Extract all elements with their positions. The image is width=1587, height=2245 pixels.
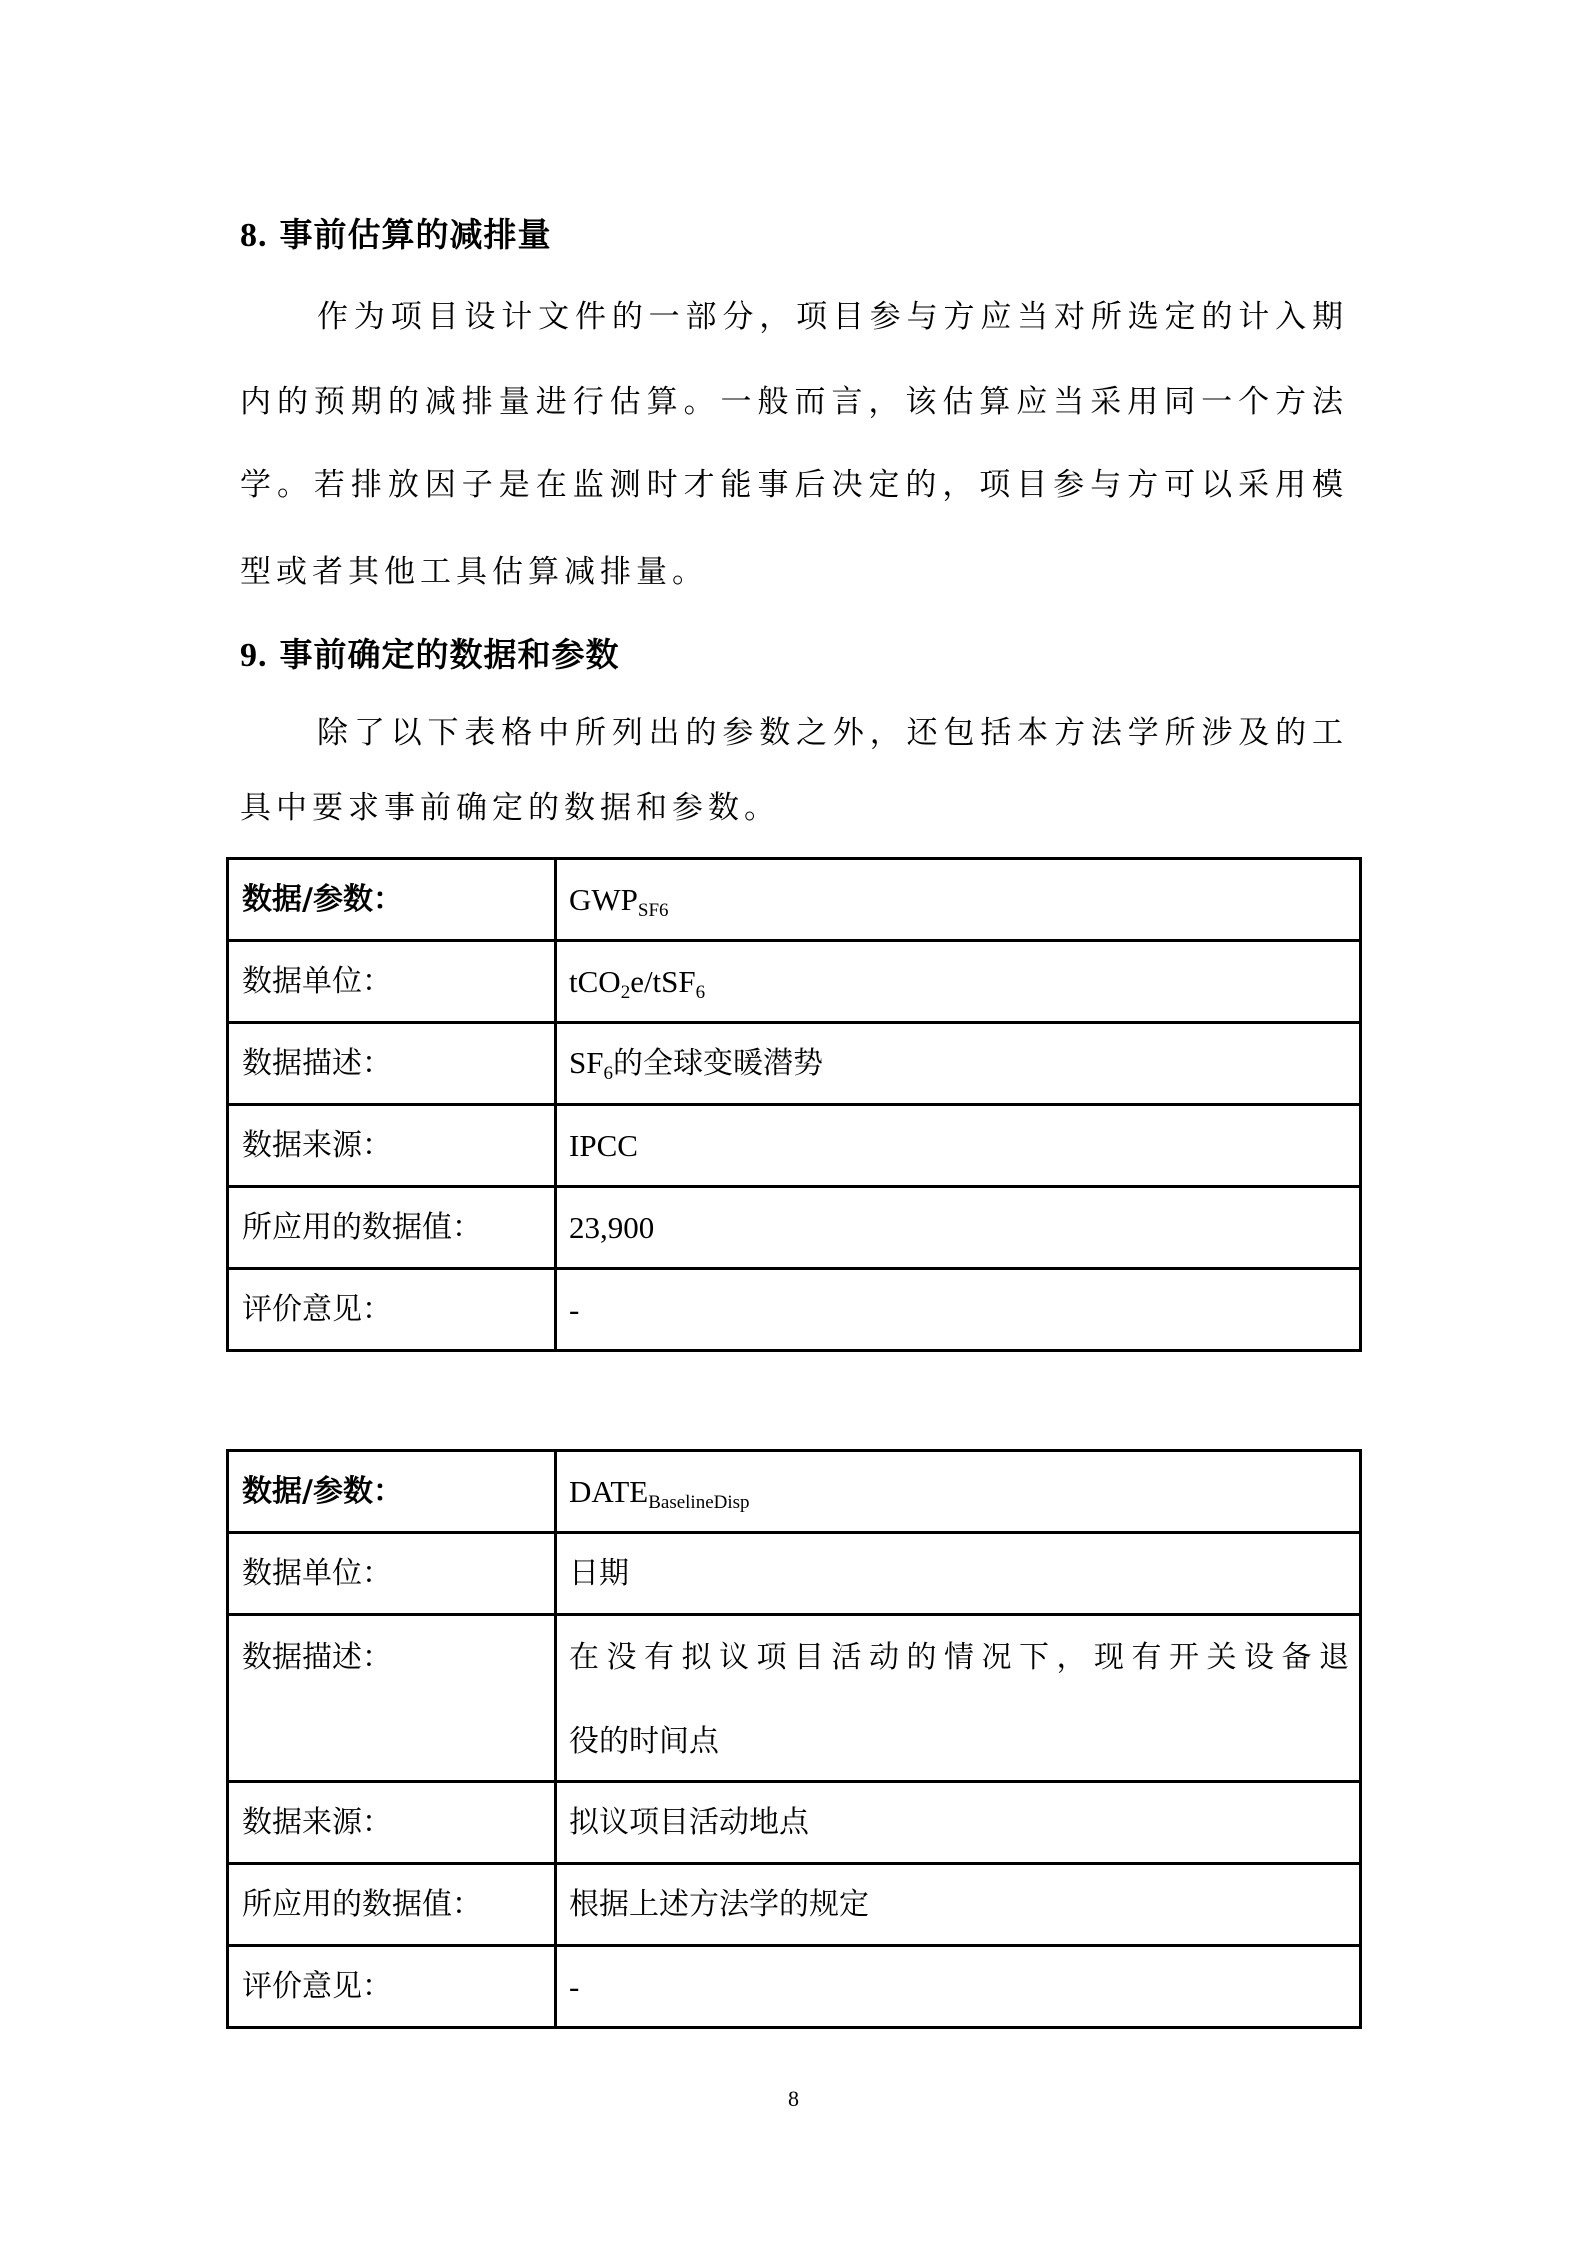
row-value: tCO2e/tSF6 — [556, 941, 1361, 1023]
value-subscript: SF6 — [638, 900, 669, 921]
row-value: 在没有拟议项目活动的情况下，现有开关设备退 役的时间点 — [556, 1615, 1361, 1782]
table-row: 所应用的数据值： 23,900 — [228, 1187, 1361, 1269]
row-label: 数据/参数： — [228, 1451, 556, 1533]
value-part: 的全球变暖潜势 — [613, 1046, 823, 1081]
value-subscript: 2 — [621, 982, 631, 1003]
table-row: 数据来源： IPCC — [228, 1105, 1361, 1187]
row-label: 数据单位： — [228, 941, 556, 1023]
row-value: GWPSF6 — [556, 859, 1361, 941]
row-value: DATEBaselineDisp — [556, 1451, 1361, 1533]
row-value: - — [556, 1946, 1361, 2028]
value-line: 在没有拟议项目活动的情况下，现有开关设备退 — [569, 1638, 1359, 1678]
paragraph-line: 学。若排放因子是在监测时才能事后决定的，项目参与方可以采用模 — [240, 465, 1343, 505]
table-row: 数据描述： 在没有拟议项目活动的情况下，现有开关设备退 役的时间点 — [228, 1615, 1361, 1782]
row-label: 所应用的数据值： — [228, 1187, 556, 1269]
value-part: e/tSF — [630, 964, 695, 999]
row-label: 数据描述： — [228, 1615, 556, 1782]
row-label: 数据描述： — [228, 1023, 556, 1105]
parameter-table-gwp: 数据/参数： GWPSF6 数据单位： tCO2e/tSF6 数据描述： SF6… — [226, 857, 1362, 1352]
table-row: 数据单位： 日期 — [228, 1533, 1361, 1615]
value-subscript: BaselineDisp — [648, 1492, 749, 1513]
section-title: 事前估算的减排量 — [280, 215, 552, 254]
row-value: 日期 — [556, 1533, 1361, 1615]
table-row: 数据来源： 拟议项目活动地点 — [228, 1782, 1361, 1864]
value-text: 根据上述方法学的规定 — [569, 1887, 869, 1922]
row-value: 23,900 — [556, 1187, 1361, 1269]
value-subscript: 6 — [696, 982, 706, 1003]
row-label: 数据来源： — [228, 1105, 556, 1187]
table-row: 数据描述： SF6的全球变暖潜势 — [228, 1023, 1361, 1105]
table-row: 数据/参数： DATEBaselineDisp — [228, 1451, 1361, 1533]
row-label: 评价意见： — [228, 1269, 556, 1351]
row-value: IPCC — [556, 1105, 1361, 1187]
paragraph-line: 除了以下表格中所列出的参数之外，还包括本方法学所涉及的工 — [317, 713, 1343, 753]
row-label: 数据来源： — [228, 1782, 556, 1864]
row-label: 评价意见： — [228, 1946, 556, 2028]
paragraph-line: 型或者其他工具估算减排量。 — [240, 552, 1343, 592]
row-label: 数据/参数： — [228, 859, 556, 941]
value-text: 拟议项目活动地点 — [569, 1805, 809, 1840]
value-part: tCO — [569, 964, 621, 999]
value-line: 役的时间点 — [569, 1722, 1359, 1762]
section-number: 8. — [240, 217, 268, 254]
row-value: 根据上述方法学的规定 — [556, 1864, 1361, 1946]
parameter-table-date: 数据/参数： DATEBaselineDisp 数据单位： 日期 数据描述： 在… — [226, 1449, 1362, 2029]
row-label-text: 数据描述： — [242, 1638, 554, 1678]
row-value: SF6的全球变暖潜势 — [556, 1023, 1361, 1105]
row-value: - — [556, 1269, 1361, 1351]
section-8-heading: 8.事前估算的减排量 — [240, 215, 552, 255]
section-title: 事前确定的数据和参数 — [280, 635, 620, 674]
paragraph-line: 内的预期的减排量进行估算。一般而言，该估算应当采用同一个方法 — [240, 382, 1343, 422]
row-label: 所应用的数据值： — [228, 1864, 556, 1946]
section-number: 9. — [240, 637, 268, 674]
row-value: 拟议项目活动地点 — [556, 1782, 1361, 1864]
value-subscript: 6 — [603, 1063, 613, 1084]
value-text: 日期 — [569, 1556, 629, 1591]
table-row: 数据/参数： GWPSF6 — [228, 859, 1361, 941]
table-row: 评价意见： - — [228, 1269, 1361, 1351]
value-main: DATE — [569, 1474, 648, 1509]
row-label: 数据单位： — [228, 1533, 556, 1615]
value-main: GWP — [569, 882, 638, 917]
paragraph-line: 具中要求事前确定的数据和参数。 — [240, 788, 1343, 828]
table-row: 数据单位： tCO2e/tSF6 — [228, 941, 1361, 1023]
page-number: 8 — [0, 2084, 1587, 2114]
table-row: 评价意见： - — [228, 1946, 1361, 2028]
section-9-heading: 9.事前确定的数据和参数 — [240, 635, 620, 675]
table-row: 所应用的数据值： 根据上述方法学的规定 — [228, 1864, 1361, 1946]
value-part: SF — [569, 1045, 603, 1080]
paragraph-line: 作为项目设计文件的一部分，项目参与方应当对所选定的计入期 — [317, 297, 1343, 337]
